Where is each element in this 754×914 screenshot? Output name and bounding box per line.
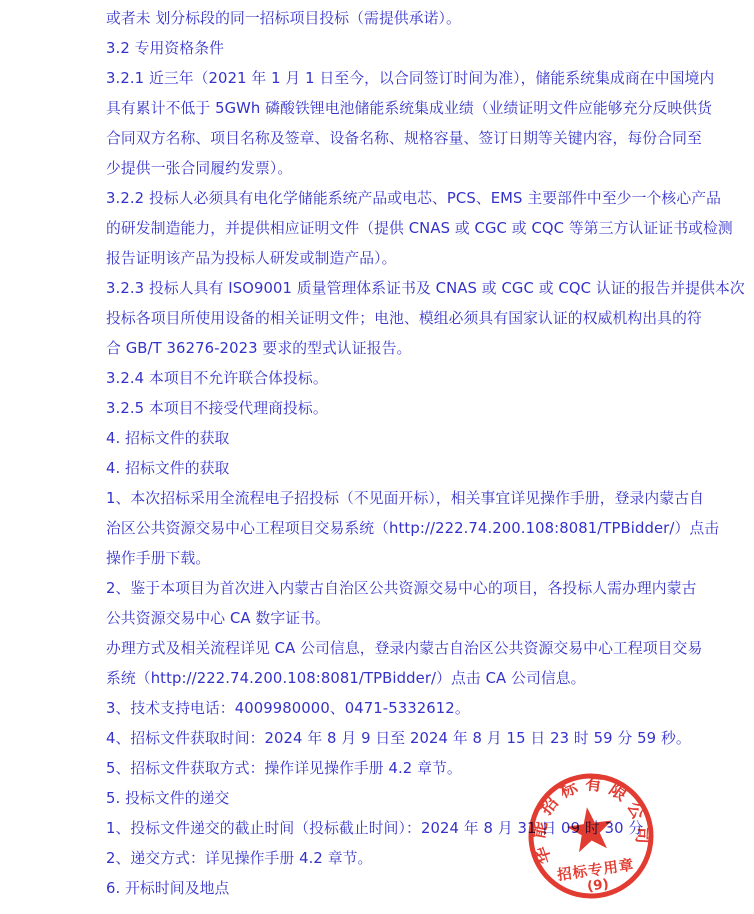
text-line-2: 3.2 专用资格条件 xyxy=(106,34,658,64)
text-line-6: 少提供一张合同履约发票）。 xyxy=(106,154,658,184)
text-line-9: 报告证明该产品为投标人研发或制造产品）。 xyxy=(106,244,658,274)
text-line-20: 2、鉴于本项目为首次进入内蒙古自治区公共资源交易中心的项目，各投标人需办理内蒙古 xyxy=(106,574,658,604)
text-line-8: 的研发制造能力，并提供相应证明文件（提供 CNAS 或 CGC 或 CQC 等第… xyxy=(106,214,658,244)
star-icon xyxy=(564,804,615,853)
text-line-23: 系统（http://222.74.200.108:8081/TPBidder/）… xyxy=(106,664,658,694)
text-line-12: 合 GB/T 36276-2023 要求的型式认证报告。 xyxy=(106,334,658,364)
text-line-18: 治区公共资源交易中心工程项目交易系统（http://222.74.200.108… xyxy=(106,514,658,544)
text-line-17: 1、本次招标采用全流程电子招投标（不见面开标），相关事宜详见操作手册，登录内蒙古… xyxy=(106,484,658,514)
text-line-21: 公共资源交易中心 CA 数字证书。 xyxy=(106,604,658,634)
document-page: 或者未 划分标段的同一招标项目投标（需提供承诺）。3.2 专用资格条件3.2.1… xyxy=(0,0,754,914)
company-stamp-seal: 华能招标有限公司 招标专用章 (9) xyxy=(518,763,665,910)
text-line-13: 3.2.4 本项目不允许联合体投标。 xyxy=(106,364,658,394)
document-lines: 或者未 划分标段的同一招标项目投标（需提供承诺）。3.2 专用资格条件3.2.1… xyxy=(106,4,658,904)
text-line-15: 4. 招标文件的获取 xyxy=(106,424,658,454)
text-line-3: 3.2.1 近三年（2021 年 1 月 1 日至今，以合同签订时间为准），储能… xyxy=(106,64,658,94)
text-line-4: 具有累计不低于 5GWh 磷酸铁锂电池储能系统集成业绩（业绩证明文件应能够充分反… xyxy=(106,94,658,124)
text-line-7: 3.2.2 投标人必须具有电化学储能系统产品或电芯、PCS、EMS 主要部件中至… xyxy=(106,184,658,214)
text-line-1: 或者未 划分标段的同一招标项目投标（需提供承诺）。 xyxy=(106,4,658,34)
text-line-25: 4、招标文件获取时间：2024 年 8 月 9 日至 2024 年 8 月 15… xyxy=(106,724,658,754)
text-line-24: 3、技术支持电话：4009980000、0471-5332612。 xyxy=(106,694,658,724)
text-line-5: 合同双方名称、项目名称及签章、设备名称、规格容量、签订日期等关键内容，每份合同至 xyxy=(106,124,658,154)
seal-number: (9) xyxy=(586,876,610,895)
text-line-19: 操作手册下载。 xyxy=(106,544,658,574)
text-line-16: 4. 招标文件的获取 xyxy=(106,454,658,484)
text-line-10: 3.2.3 投标人具有 ISO9001 质量管理体系证书及 CNAS 或 CGC… xyxy=(106,274,658,304)
text-line-22: 办理方式及相关流程详见 CA 公司信息，登录内蒙古自治区公共资源交易中心工程项目… xyxy=(106,634,658,664)
text-line-11: 投标各项目所使用设备的相关证明文件；电池、模组必须具有国家认证的权威机构出具的符 xyxy=(106,304,658,334)
text-line-14: 3.2.5 本项目不接受代理商投标。 xyxy=(106,394,658,424)
